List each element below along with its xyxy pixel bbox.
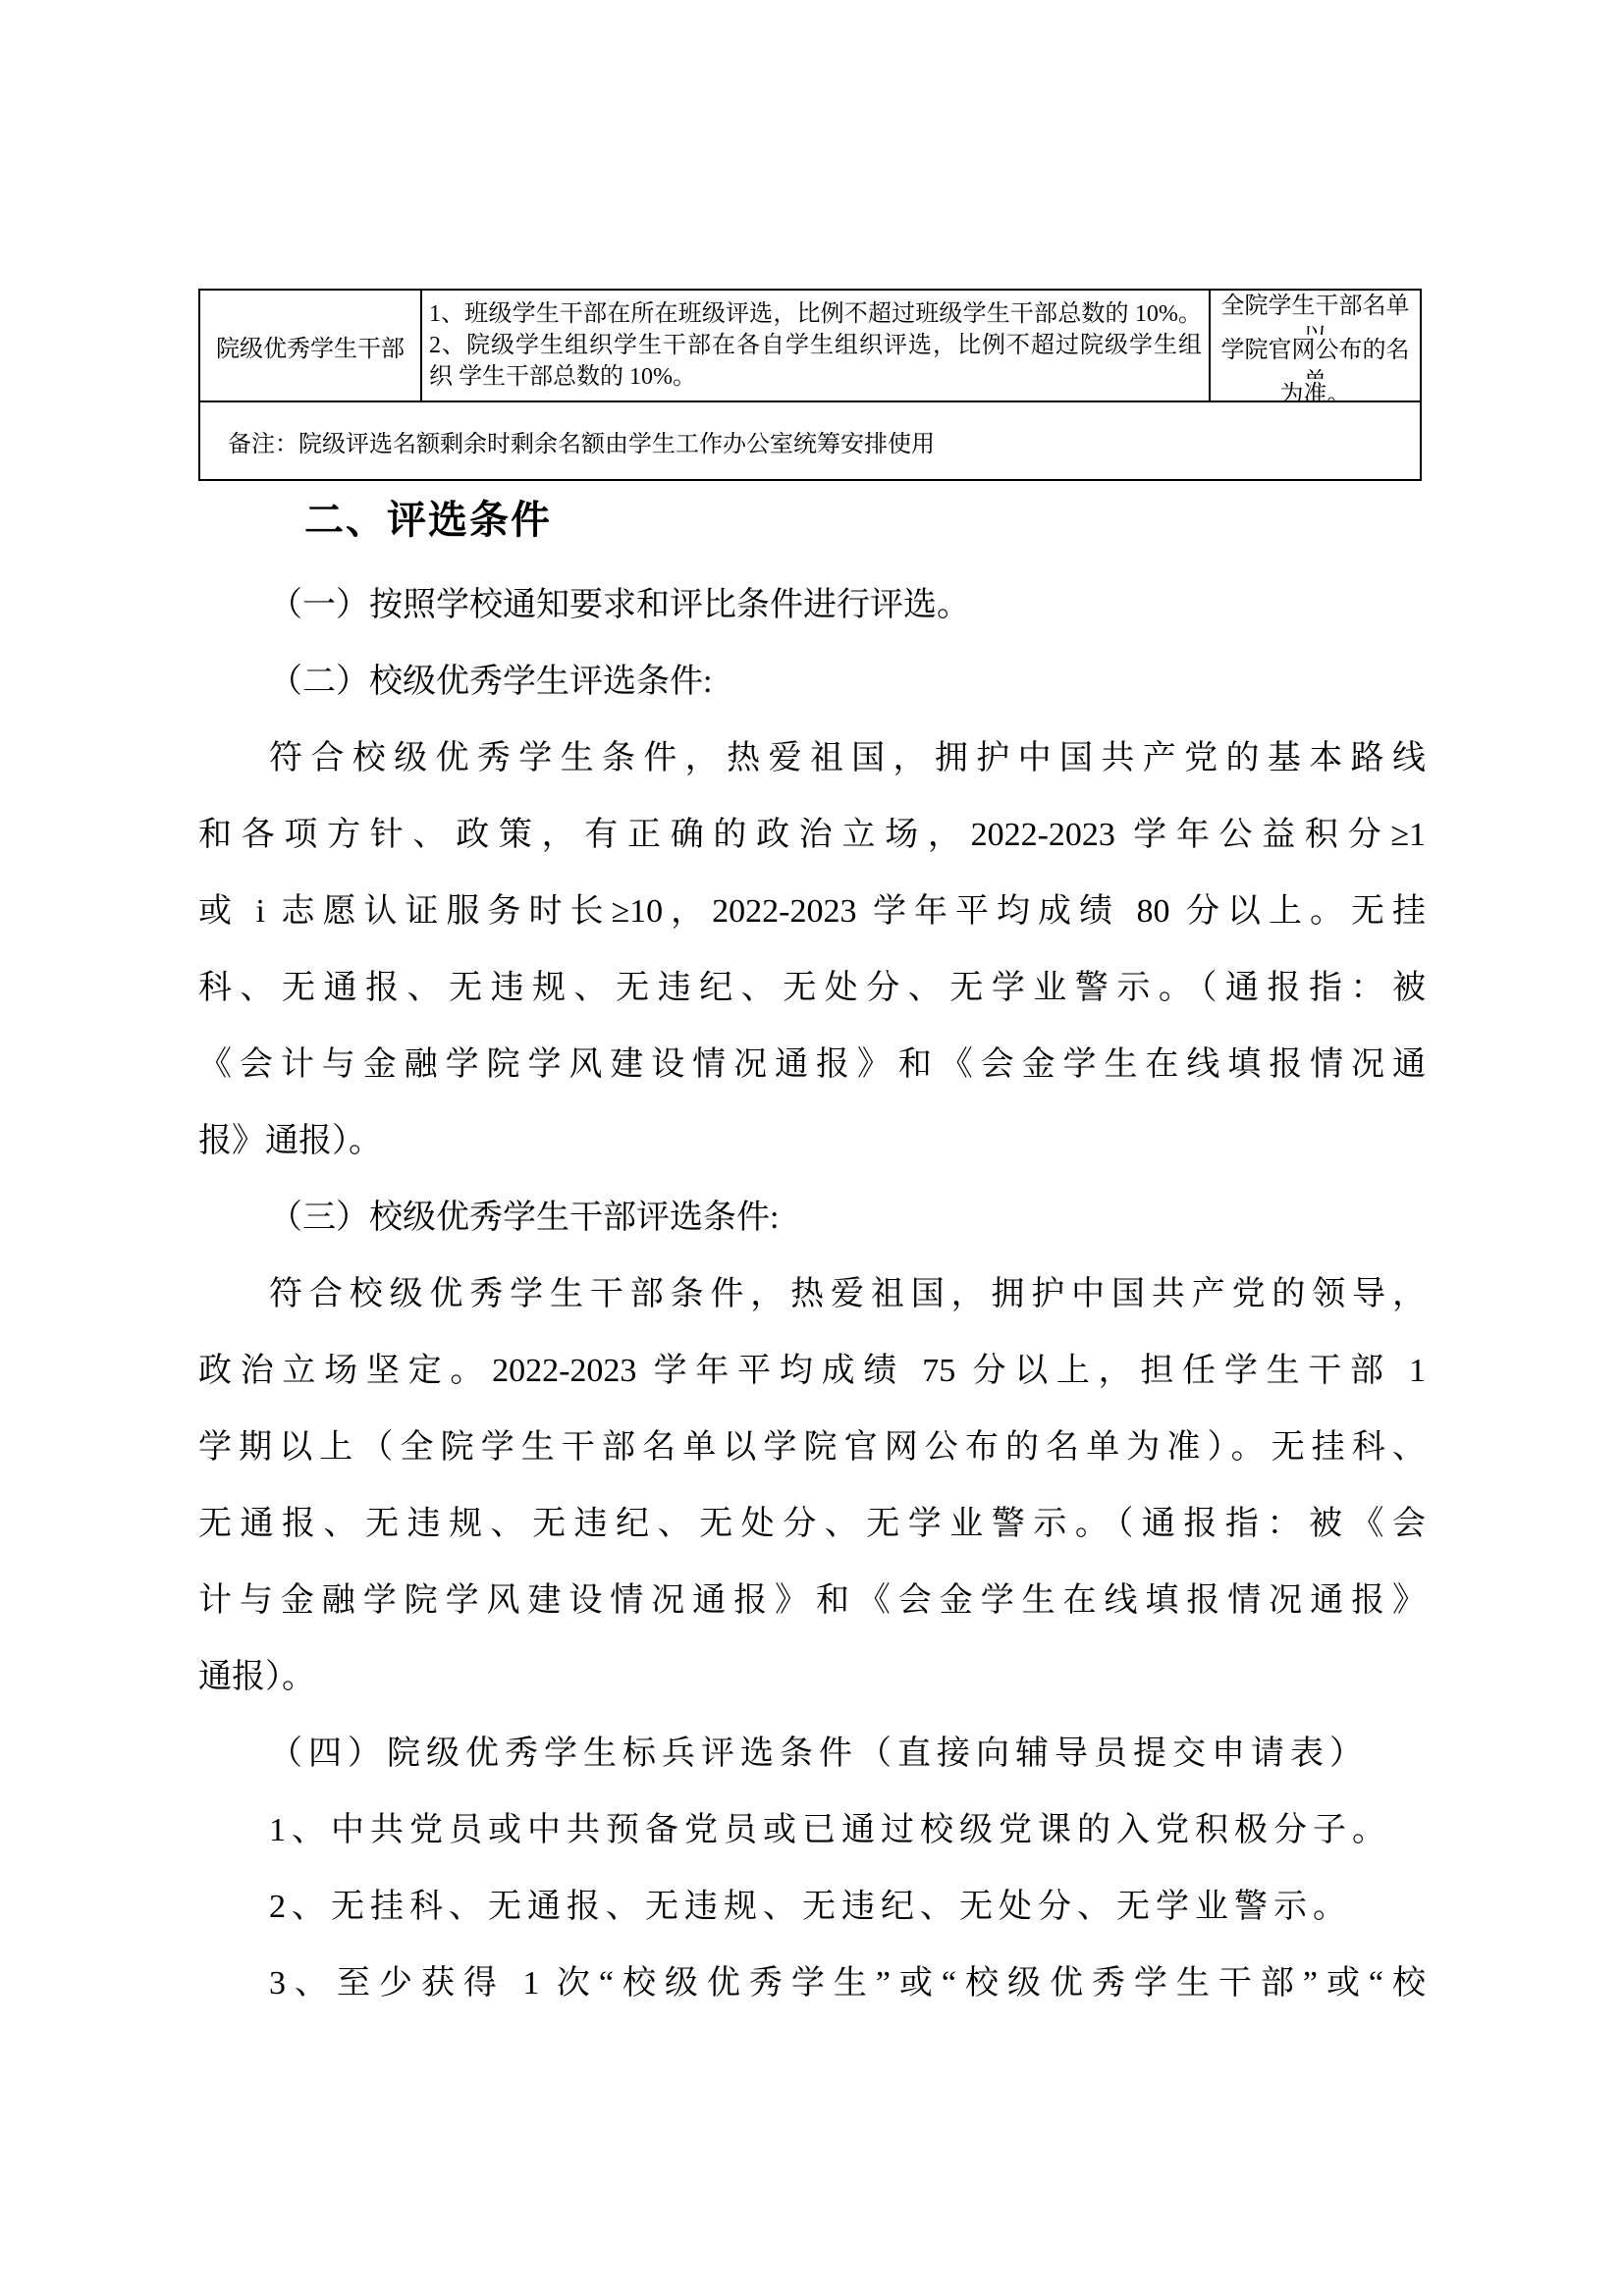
body-line: 符合校级优秀学生干部条件，热爱祖国，拥护中国共产党的领导， <box>198 1256 1426 1333</box>
body-line: 或 i 志愿认证服务时长≥10，2022-2023 学年平均成绩 80 分以上。… <box>198 874 1426 950</box>
basis-line: 学院官网公布的名单 <box>1213 335 1418 379</box>
body-line: 报》通报）。 <box>198 1103 1426 1180</box>
body-line: 符合校级优秀学生条件，热爱祖国，拥护中国共产党的基本路线 <box>198 721 1426 797</box>
table-cell-category: 院级优秀学生干部 <box>200 291 422 400</box>
basis-line: 全院学生干部名单以 <box>1213 291 1418 335</box>
body-line: 科、无通报、无违规、无违纪、无处分、无学业警示。（通报指：被 <box>198 950 1426 1027</box>
section-heading: 二、评选条件 <box>198 493 1426 548</box>
body-line: 无通报、无违规、无违纪、无处分、无学业警示。（通报指：被《会 <box>198 1486 1426 1563</box>
criteria-line: 1、班级学生干部在所在班级评选，比例不超过班级学生干部总数的 10%。 <box>429 298 1202 330</box>
body-line: （三）校级优秀学生干部评选条件: <box>198 1180 1426 1256</box>
body-line: 1、中共党员或中共预备党员或已通过校级党课的入党积极分子。 <box>198 1792 1426 1869</box>
table-note-text: 备注：院级评选名额剩余时剩余名额由学生工作办公室统筹安排使用 <box>228 424 935 458</box>
document-page: 院级优秀学生干部 1、班级学生干部在所在班级评选，比例不超过班级学生干部总数的 … <box>0 0 1623 2296</box>
body-line: 3、至少获得 1 次“校级优秀学生”或“校级优秀学生干部”或“校 <box>198 1946 1426 2022</box>
body-line: （四）院级优秀学生标兵评选条件（直接向辅导员提交申请表） <box>198 1716 1426 1792</box>
basis-line: 为准。 <box>1213 379 1418 400</box>
table-cell-criteria: 1、班级学生干部在所在班级评选，比例不超过班级学生干部总数的 10%。2、院级学… <box>422 291 1211 400</box>
table-cell-basis: 全院学生干部名单以学院官网公布的名单为准。 <box>1211 291 1420 400</box>
criteria-line: 织 学生干部总数的 10%。 <box>429 361 1202 393</box>
body-text: （一）按照学校通知要求和评比条件进行评选。（二）校级优秀学生评选条件:符合校级优… <box>198 567 1426 2022</box>
body-line: （一）按照学校通知要求和评比条件进行评选。 <box>198 567 1426 644</box>
criteria-table: 院级优秀学生干部 1、班级学生干部在所在班级评选，比例不超过班级学生干部总数的 … <box>198 289 1422 481</box>
table-row: 院级优秀学生干部 1、班级学生干部在所在班级评选，比例不超过班级学生干部总数的 … <box>200 291 1420 402</box>
body-line: 通报）。 <box>198 1639 1426 1716</box>
criteria-line: 2、院级学生组织学生干部在各自学生组织评选，比例不超过院级学生组 <box>429 330 1202 361</box>
body-line: 计与金融学院学风建设情况通报》和《会金学生在线填报情况通报》 <box>198 1563 1426 1639</box>
body-line: 学期以上（全院学生干部名单以学院官网公布的名单为准）。无挂科、 <box>198 1410 1426 1486</box>
body-line: 政治立场坚定。2022-2023 学年平均成绩 75 分以上，担任学生干部 1 <box>198 1333 1426 1410</box>
body-line: 2、无挂科、无通报、无违规、无违纪、无处分、无学业警示。 <box>198 1869 1426 1946</box>
body-line: （二）校级优秀学生评选条件: <box>198 644 1426 721</box>
table-note-row: 备注：院级评选名额剩余时剩余名额由学生工作办公室统筹安排使用 <box>200 402 1420 479</box>
body-line: 《会计与金融学院学风建设情况通报》和《会金学生在线填报情况通 <box>198 1027 1426 1103</box>
body-line: 和各项方针、政策，有正确的政治立场，2022-2023 学年公益积分≥1 <box>198 797 1426 874</box>
